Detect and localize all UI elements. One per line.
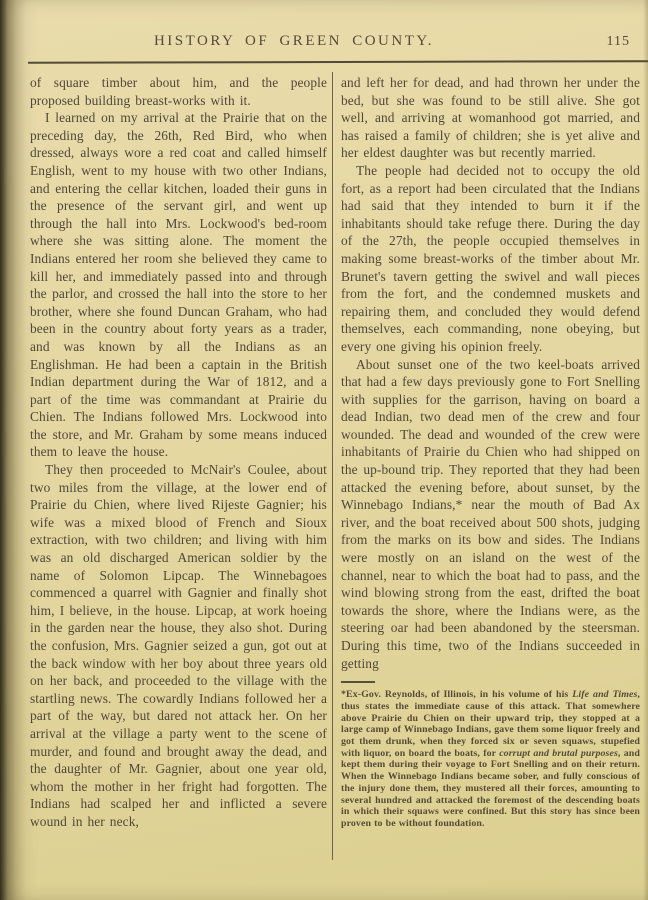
paragraph: and left her for dead, and had thrown he… [341,74,640,162]
footnote-text: *Ex-Gov. Reynolds, of Illinois, in his v… [341,689,640,829]
gutter-shadow [0,0,26,900]
paragraph: They then proceeded to McNair's Coulee, … [30,461,327,830]
paragraph: I learned on my arrival at the Prairie t… [30,109,327,461]
header-rule [28,60,648,64]
footnote-segment: *Ex-Gov. Reynolds, of Illinois, in his v… [341,689,572,700]
page-title: HISTORY OF GREEN COUNTY. [0,33,588,50]
column-divider [332,72,333,860]
right-column: and left her for dead, and had thrown he… [341,74,640,830]
running-head: HISTORY OF GREEN COUNTY. 115 [0,33,648,55]
left-column: of square timber about him, and the peop… [30,74,327,831]
footnote-rule [341,681,375,683]
footnote-italic-segment: corrupt and brutal purposes [499,748,618,759]
page-edge-shadow [643,0,648,900]
paragraph: About sunset one of the two keel-boats a… [341,356,640,673]
footnote-italic-segment: Life and Times [572,689,637,700]
right-column-body: and left her for dead, and had thrown he… [341,74,640,672]
paragraph: The people had decided not to occupy the… [341,162,640,356]
book-page: HISTORY OF GREEN COUNTY. 115 of square t… [0,0,648,900]
page-number: 115 [607,34,630,50]
footnote-segment: , and kept them during their voyage to F… [341,748,640,829]
paragraph: of square timber about him, and the peop… [30,74,327,109]
